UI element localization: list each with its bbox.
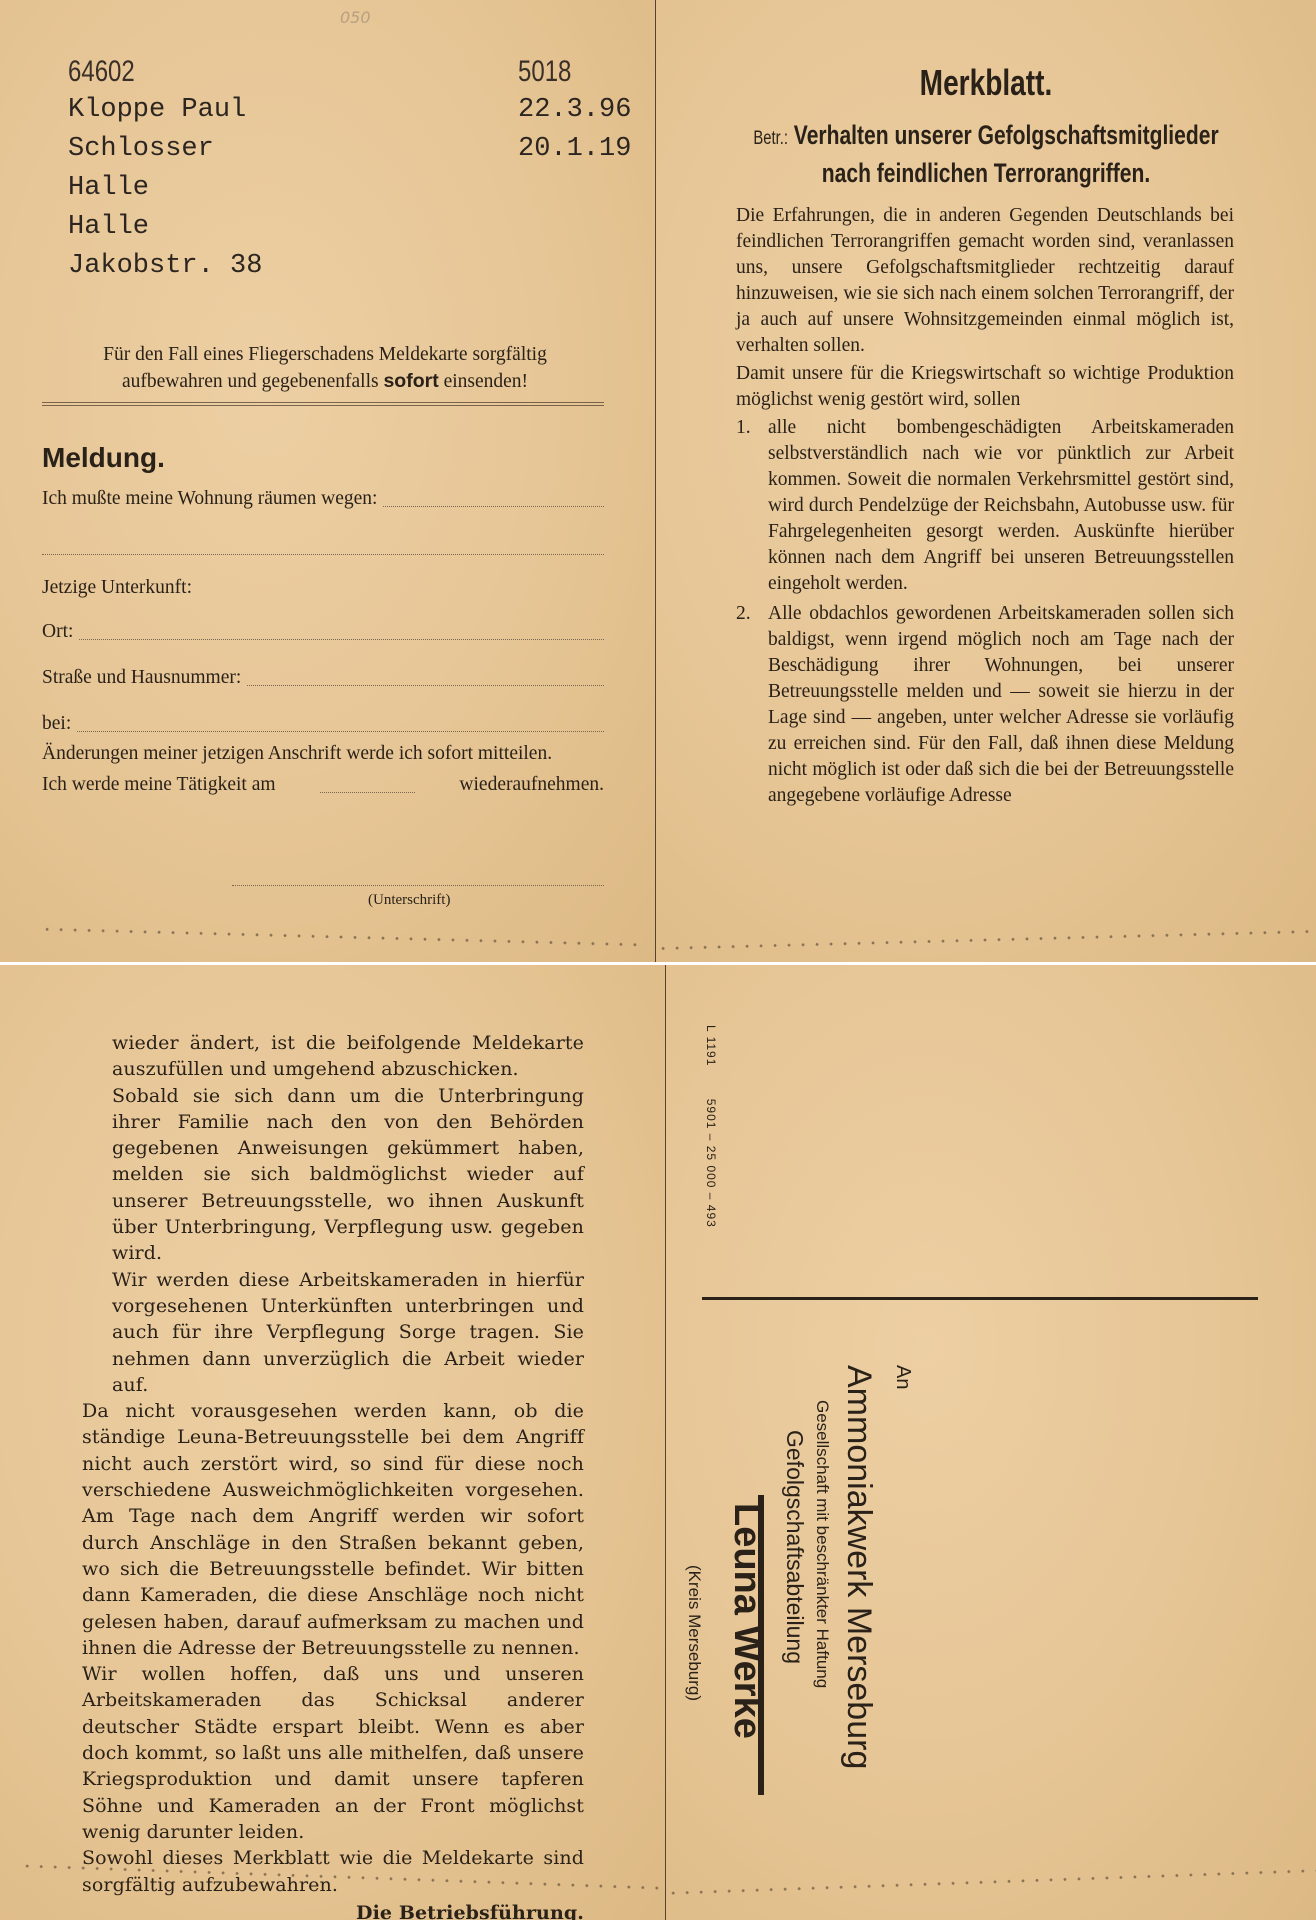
address-rule xyxy=(702,1297,1258,1300)
street-field[interactable]: Straße und Hausnummer: xyxy=(42,665,604,691)
employee-birthplace: Halle xyxy=(68,169,262,208)
reason-input[interactable] xyxy=(383,505,604,507)
reason-label: Ich mußte meine Wohnung räumen wegen: xyxy=(42,486,377,512)
list-item: 2. Alle obdachlos gewordenen Arbeitskame… xyxy=(736,601,1234,809)
with-input[interactable] xyxy=(77,730,604,732)
continued-paragraph: Wir werden diese Arbeitskameraden in hie… xyxy=(82,1267,584,1398)
employee-street: Jakobstr. 38 xyxy=(68,247,262,286)
signature-line[interactable] xyxy=(232,885,604,886)
intro-paragraph: Die Erfahrungen, die in anderen Gegenden… xyxy=(736,203,1234,359)
entry-date: 20.1.19 xyxy=(518,130,631,169)
subject-line-1-text: Verhalten unserer Gefolgschaftsmitgliede… xyxy=(794,120,1219,150)
print-code: L 1191 5901 – 25 000 – 493 xyxy=(704,1025,718,1228)
perforation xyxy=(656,929,1316,950)
brand-bar xyxy=(758,1495,764,1795)
subject-line-2: nach feindlichen Terrorangriffen. xyxy=(729,156,1244,190)
subject-prefix: Betr.: xyxy=(753,128,788,149)
address-side: L 1191 5901 – 25 000 – 493 An Ammoniakwe… xyxy=(666,965,1316,1920)
notice-line-1: Für den Fall eines Fliegerschadens Melde… xyxy=(40,342,610,368)
continued-paragraph: Sobald sie sich dann um die Unterbringun… xyxy=(82,1083,584,1267)
notice-bold: sofort xyxy=(383,370,438,392)
merkblatt-body: Die Erfahrungen, die in anderen Gegenden… xyxy=(736,203,1234,809)
merkblatt-page-1: Merkblatt. Betr.: Verhalten unserer Gefo… xyxy=(656,0,1316,962)
with-field[interactable]: bei: xyxy=(42,711,604,737)
lodging-heading: Jetzige Unterkunft: xyxy=(42,575,604,601)
place-input[interactable] xyxy=(79,638,604,640)
reason-field[interactable]: Ich mußte meine Wohnung räumen wegen: xyxy=(42,486,604,512)
list-text: alle nicht bombengeschädigten Arbeitskam… xyxy=(768,415,1234,597)
resume-date-input[interactable] xyxy=(320,792,415,793)
recipient-prefix: An xyxy=(891,1365,914,1389)
resume-field[interactable]: Ich werde meine Tätigkeit am wiederaufne… xyxy=(42,772,604,798)
double-rule xyxy=(42,402,604,406)
list-number: 1. xyxy=(736,415,768,597)
employee-occupation: Schlosser xyxy=(68,130,262,169)
department: Gefolgschaftsabteilung xyxy=(781,1430,808,1664)
code-number: 5018 xyxy=(518,52,609,91)
employee-city: Halle xyxy=(68,208,262,247)
merkblatt-title: Merkblatt. xyxy=(729,62,1244,104)
reason-input-line-2[interactable] xyxy=(42,554,604,555)
lodging-label: Jetzige Unterkunft: xyxy=(42,575,192,601)
street-input[interactable] xyxy=(247,684,604,686)
employee-name: Kloppe Paul xyxy=(68,91,262,130)
district: (Kreis Merseburg) xyxy=(684,1565,704,1701)
list-number: 2. xyxy=(736,601,768,809)
place-field[interactable]: Ort: xyxy=(42,619,604,645)
continued-paragraph: Wir wollen hoffen, daß uns und unseren A… xyxy=(82,1661,584,1845)
perforation xyxy=(40,927,640,947)
report-form: Ich mußte meine Wohnung räumen wegen: Je… xyxy=(42,486,604,798)
merkblatt-signature: Die Betriebsführung. xyxy=(82,1900,584,1920)
pencil-note: 050 xyxy=(340,8,371,27)
merkblatt-subject: Betr.: Verhalten unserer Gefolgschaftsmi… xyxy=(656,118,1316,190)
lead-paragraph: Damit unsere für die Kriegswirtschaft so… xyxy=(736,361,1234,413)
continued-paragraph: wieder ändert, ist die beifolgende Melde… xyxy=(82,1030,584,1083)
print-run-text: 5901 – 25 000 – 493 xyxy=(704,1099,718,1228)
meldekarte-front: 050 64602 Kloppe Paul Schlosser Halle Ha… xyxy=(0,0,656,962)
place-label: Ort: xyxy=(42,619,73,645)
birth-date: 22.3.96 xyxy=(518,91,631,130)
street-label: Straße und Hausnummer: xyxy=(42,665,241,691)
merkblatt-continued: wieder ändert, ist die beifolgende Melde… xyxy=(82,1030,584,1920)
notice-text: Für den Fall eines Fliegerschadens Melde… xyxy=(40,342,610,395)
perforation xyxy=(666,1869,1316,1896)
notice-line-2: aufbewahren und gegebenenfalls sofort ei… xyxy=(40,368,610,395)
with-label: bei: xyxy=(42,711,71,737)
print-code-text: L 1191 xyxy=(704,1025,718,1066)
meldung-heading: Meldung. xyxy=(42,442,165,474)
resume-label: Ich werde meine Tätigkeit am xyxy=(42,772,276,798)
company-name: Ammoniakwerk Merseburg xyxy=(839,1365,878,1769)
list-item: 1. alle nicht bombengeschädigten Arbeits… xyxy=(736,415,1234,597)
typed-employee-data: 64602 Kloppe Paul Schlosser Halle Halle … xyxy=(68,52,262,286)
typed-dates: 5018 22.3.96 20.1.19 xyxy=(518,52,631,169)
merkblatt-page-2: wieder ändert, ist die beifolgende Melde… xyxy=(0,965,666,1920)
list-text: Alle obdachlos gewordenen Arbeitskamerad… xyxy=(768,601,1234,809)
resume-post-label: wiederaufnehmen. xyxy=(459,772,604,798)
change-notice: Änderungen meiner jetzigen Anschrift wer… xyxy=(42,741,604,767)
notice-pre: aufbewahren und gegebenenfalls xyxy=(122,371,384,392)
subject-line-1: Betr.: Verhalten unserer Gefolgschaftsmi… xyxy=(729,118,1244,156)
company-legal-form: Gesellschaft mit beschränkter Haftung xyxy=(812,1400,832,1688)
notice-post: einsenden! xyxy=(439,371,528,392)
continued-paragraph: Da nicht vorausgesehen werden kann, ob d… xyxy=(82,1398,584,1661)
employee-number: 64602 xyxy=(68,52,224,91)
signature-label: (Unterschrift) xyxy=(368,892,450,909)
